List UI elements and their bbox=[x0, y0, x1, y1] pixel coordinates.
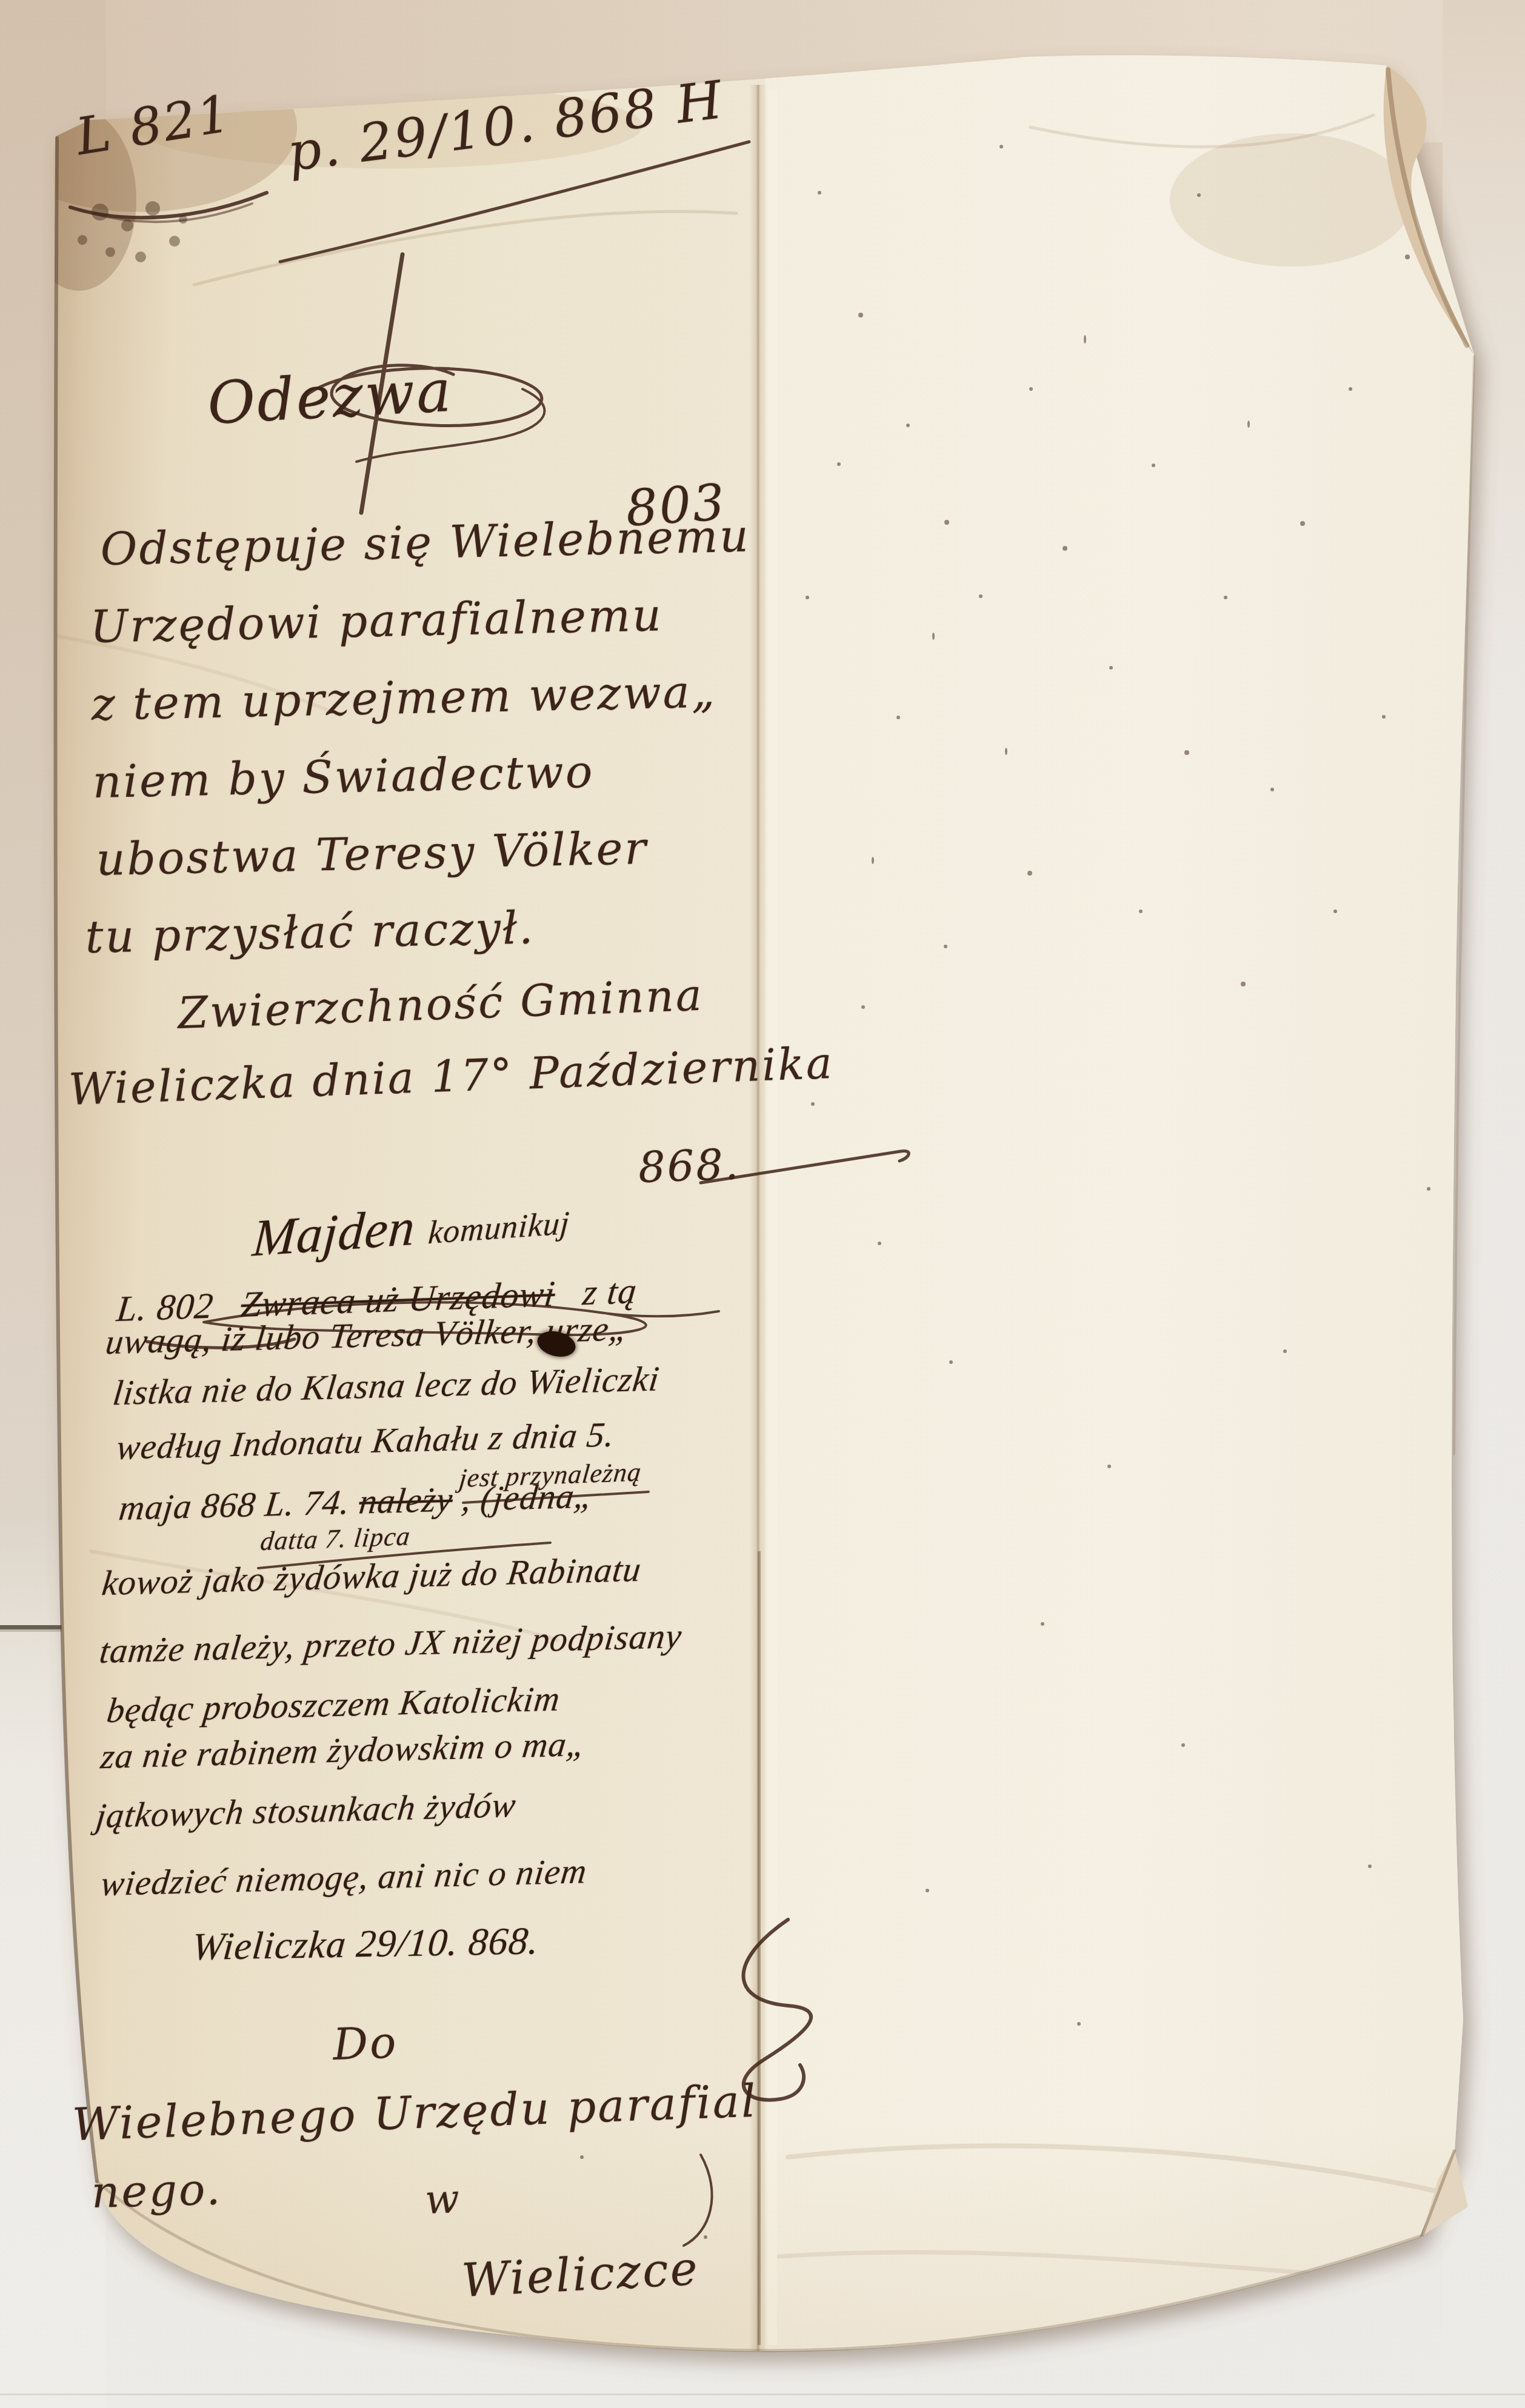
request-line-6: tu przysłać raczył. bbox=[85, 905, 535, 960]
issuer-line-1: Zwierzchność Gminna bbox=[177, 973, 704, 1035]
annotation-line-10: wiedzieć niemogę, ani nic o niem bbox=[99, 1854, 589, 1901]
issuer-line-3: 868. bbox=[638, 1143, 741, 1189]
annotation-line-8: za nie rabinem żydowskim o ma„ bbox=[99, 1726, 589, 1774]
document-title: Odezwa bbox=[206, 362, 454, 433]
annotation-intro-tail: z tą bbox=[581, 1271, 639, 1312]
annotation-line-4: maja 868 L. 74. należy , (jedna„ bbox=[117, 1478, 596, 1526]
annotation-heading-large: Majden bbox=[251, 1197, 418, 1267]
address-preposition: w bbox=[424, 2179, 462, 2220]
annotation-line-5: kowoż jako żydówka już do Rabinatu bbox=[100, 1552, 643, 1601]
issuer-line-2: Wieliczka dnia 17° Października bbox=[68, 1041, 835, 1111]
annotation-insert-below: datta 7. lipca bbox=[259, 1523, 412, 1555]
closing-dateline: Wieliczka 29/10. 868. bbox=[190, 1921, 541, 1966]
annotation-line-2: listka nie do Klasna lecz do Wieliczki bbox=[111, 1361, 661, 1411]
registry-presented-date: p. 29/10. 868 H bbox=[285, 74, 727, 179]
request-line-1: Odstępuje się Wielebnemu bbox=[100, 514, 750, 572]
registry-file-number: L 821 bbox=[73, 88, 235, 162]
request-line-3: z tem uprzejmem wezwa„ bbox=[91, 669, 717, 727]
request-line-4: niem by Świadectwo bbox=[92, 750, 595, 805]
annotation-line-3: według Indonatu Kahału z dnia 5. bbox=[115, 1417, 616, 1465]
annotation-line-6: tamże należy, przeto JX niżej podpisany bbox=[98, 1618, 684, 1669]
address-line-2: nego. bbox=[91, 2167, 222, 2214]
annotation-maja-prefix: maja 868 L. 74. bbox=[117, 1482, 362, 1528]
annotation-heading-small: komunikuj bbox=[427, 1205, 572, 1251]
annotation-line-7: będąc proboszczem Katolickim bbox=[105, 1681, 562, 1728]
manuscript-text: L 821 p. 29/10. 868 H 803 Odezwa Odstępu… bbox=[0, 0, 1525, 2408]
address-to: Do bbox=[332, 2020, 399, 2066]
request-line-5: ubostwa Teresy Völker bbox=[96, 826, 648, 882]
request-line-2: Urzędowi parafialnemu bbox=[90, 593, 663, 650]
address-place: Wieliczce bbox=[461, 2245, 700, 2303]
annotation-struck-word: należy bbox=[357, 1480, 455, 1522]
address-line-1: Wielebnego Urzędu parafial bbox=[72, 2079, 758, 2147]
annotation-maja-suffix: , (jedna„ bbox=[460, 1475, 597, 1518]
photo-scene: L 821 p. 29/10. 868 H 803 Odezwa Odstępu… bbox=[0, 0, 1525, 2408]
annotation-line-9: jątkowych stosunkach żydów bbox=[94, 1788, 518, 1834]
annotation-heading: Majden komunikuj bbox=[251, 1189, 572, 1264]
